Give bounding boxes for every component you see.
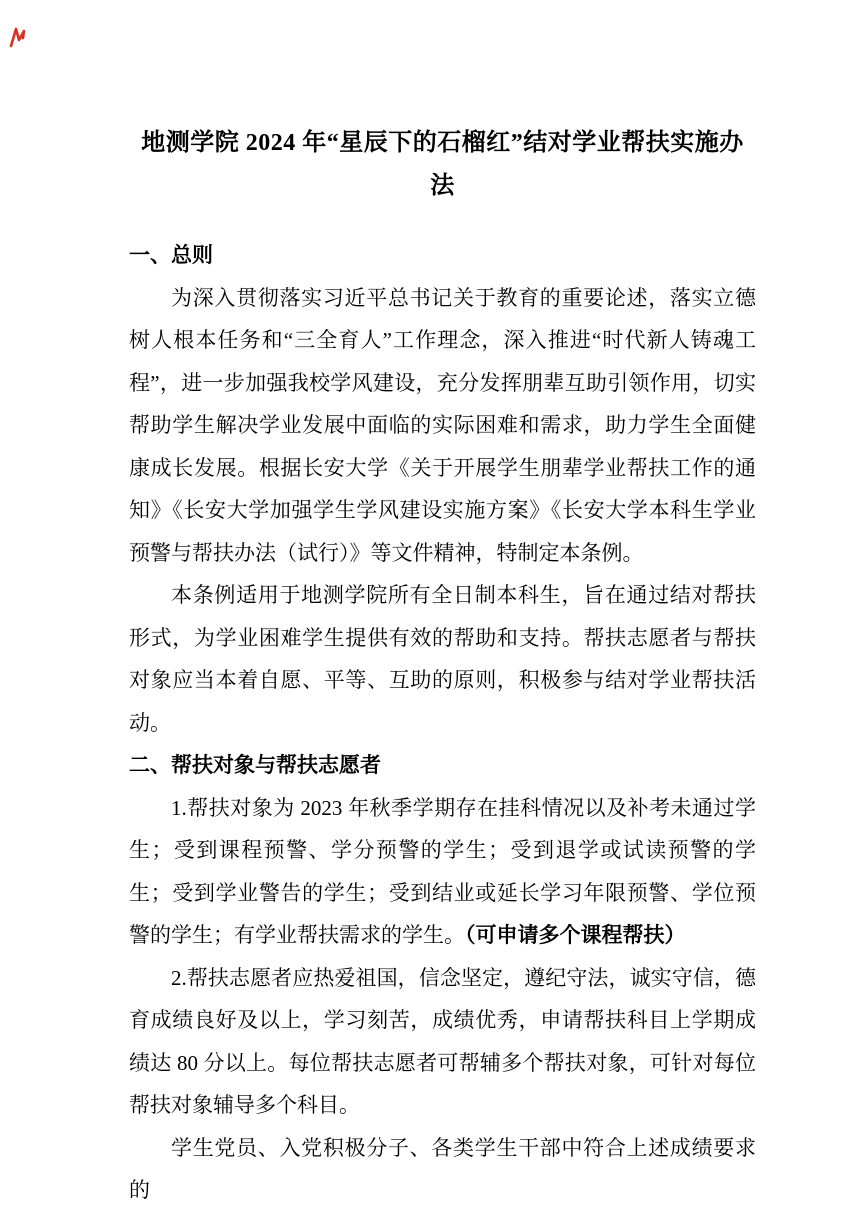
paragraph-volunteer-requirements: 2.帮扶志愿者应热爱祖国，信念坚定，遵纪守法，诚实守信，德育成绩良好及以上，学习… (129, 957, 756, 1127)
paragraph-help-targets-bold-note: （可申请多个课程帮扶） (465, 923, 686, 947)
paragraph-student-cadres: 学生党员、入党积极分子、各类学生干部中符合上述成绩要求的 (129, 1127, 756, 1212)
red-scribble-path (11, 29, 24, 46)
document-page: 地测学院 2024 年“星辰下的石榴红”结对学业帮扶实施办 法 一、总则 为深入… (0, 0, 860, 1217)
paragraph-purpose: 为深入贯彻落实习近平总书记关于教育的重要论述，落实立德树人根本任务和“三全育人”… (129, 277, 756, 575)
paragraph-scope: 本条例适用于地测学院所有全日制本科生，旨在通过结对帮扶形式，为学业困难学生提供有… (129, 574, 756, 744)
red-scribble-icon (8, 26, 28, 50)
paragraph-help-targets: 1.帮扶对象为 2023 年秋季学期存在挂科情况以及补考未通过学生；受到课程预警… (129, 787, 756, 957)
document-content: 地测学院 2024 年“星辰下的石榴红”结对学业帮扶实施办 法 一、总则 为深入… (129, 122, 756, 1212)
section-heading-general-rules: 一、总则 (129, 234, 756, 277)
document-title-line1: 地测学院 2024 年“星辰下的石榴红”结对学业帮扶实施办 (129, 122, 756, 165)
document-title: 地测学院 2024 年“星辰下的石榴红”结对学业帮扶实施办 法 (129, 122, 756, 208)
document-title-line2: 法 (129, 165, 756, 208)
section-heading-targets-volunteers: 二、帮扶对象与帮扶志愿者 (129, 744, 756, 787)
